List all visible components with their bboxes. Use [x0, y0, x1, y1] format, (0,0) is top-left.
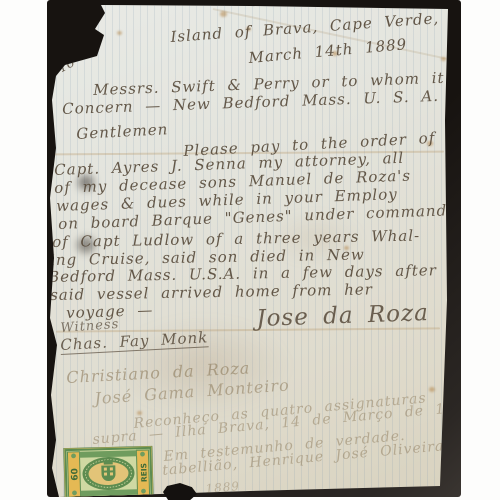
photo-background: Island of Brava, Cape Verde, AfricaMarch… [0, 0, 500, 500]
foxing-stain [117, 31, 122, 35]
stamp-shield [101, 465, 115, 481]
handwritten-line-signature-main: Jose da Roza [256, 302, 429, 331]
foxing-stain [441, 57, 446, 61]
stamp-currency-label: REIS [139, 463, 148, 482]
foxing-stain [429, 387, 435, 392]
foxing-stain [220, 11, 227, 17]
stamp-denomination: 60 [70, 468, 80, 481]
letter-paper: Island of Brava, Cape Verde, AfricaMarch… [0, 0, 500, 500]
revenue-stamp: 60 REIS [63, 446, 153, 500]
